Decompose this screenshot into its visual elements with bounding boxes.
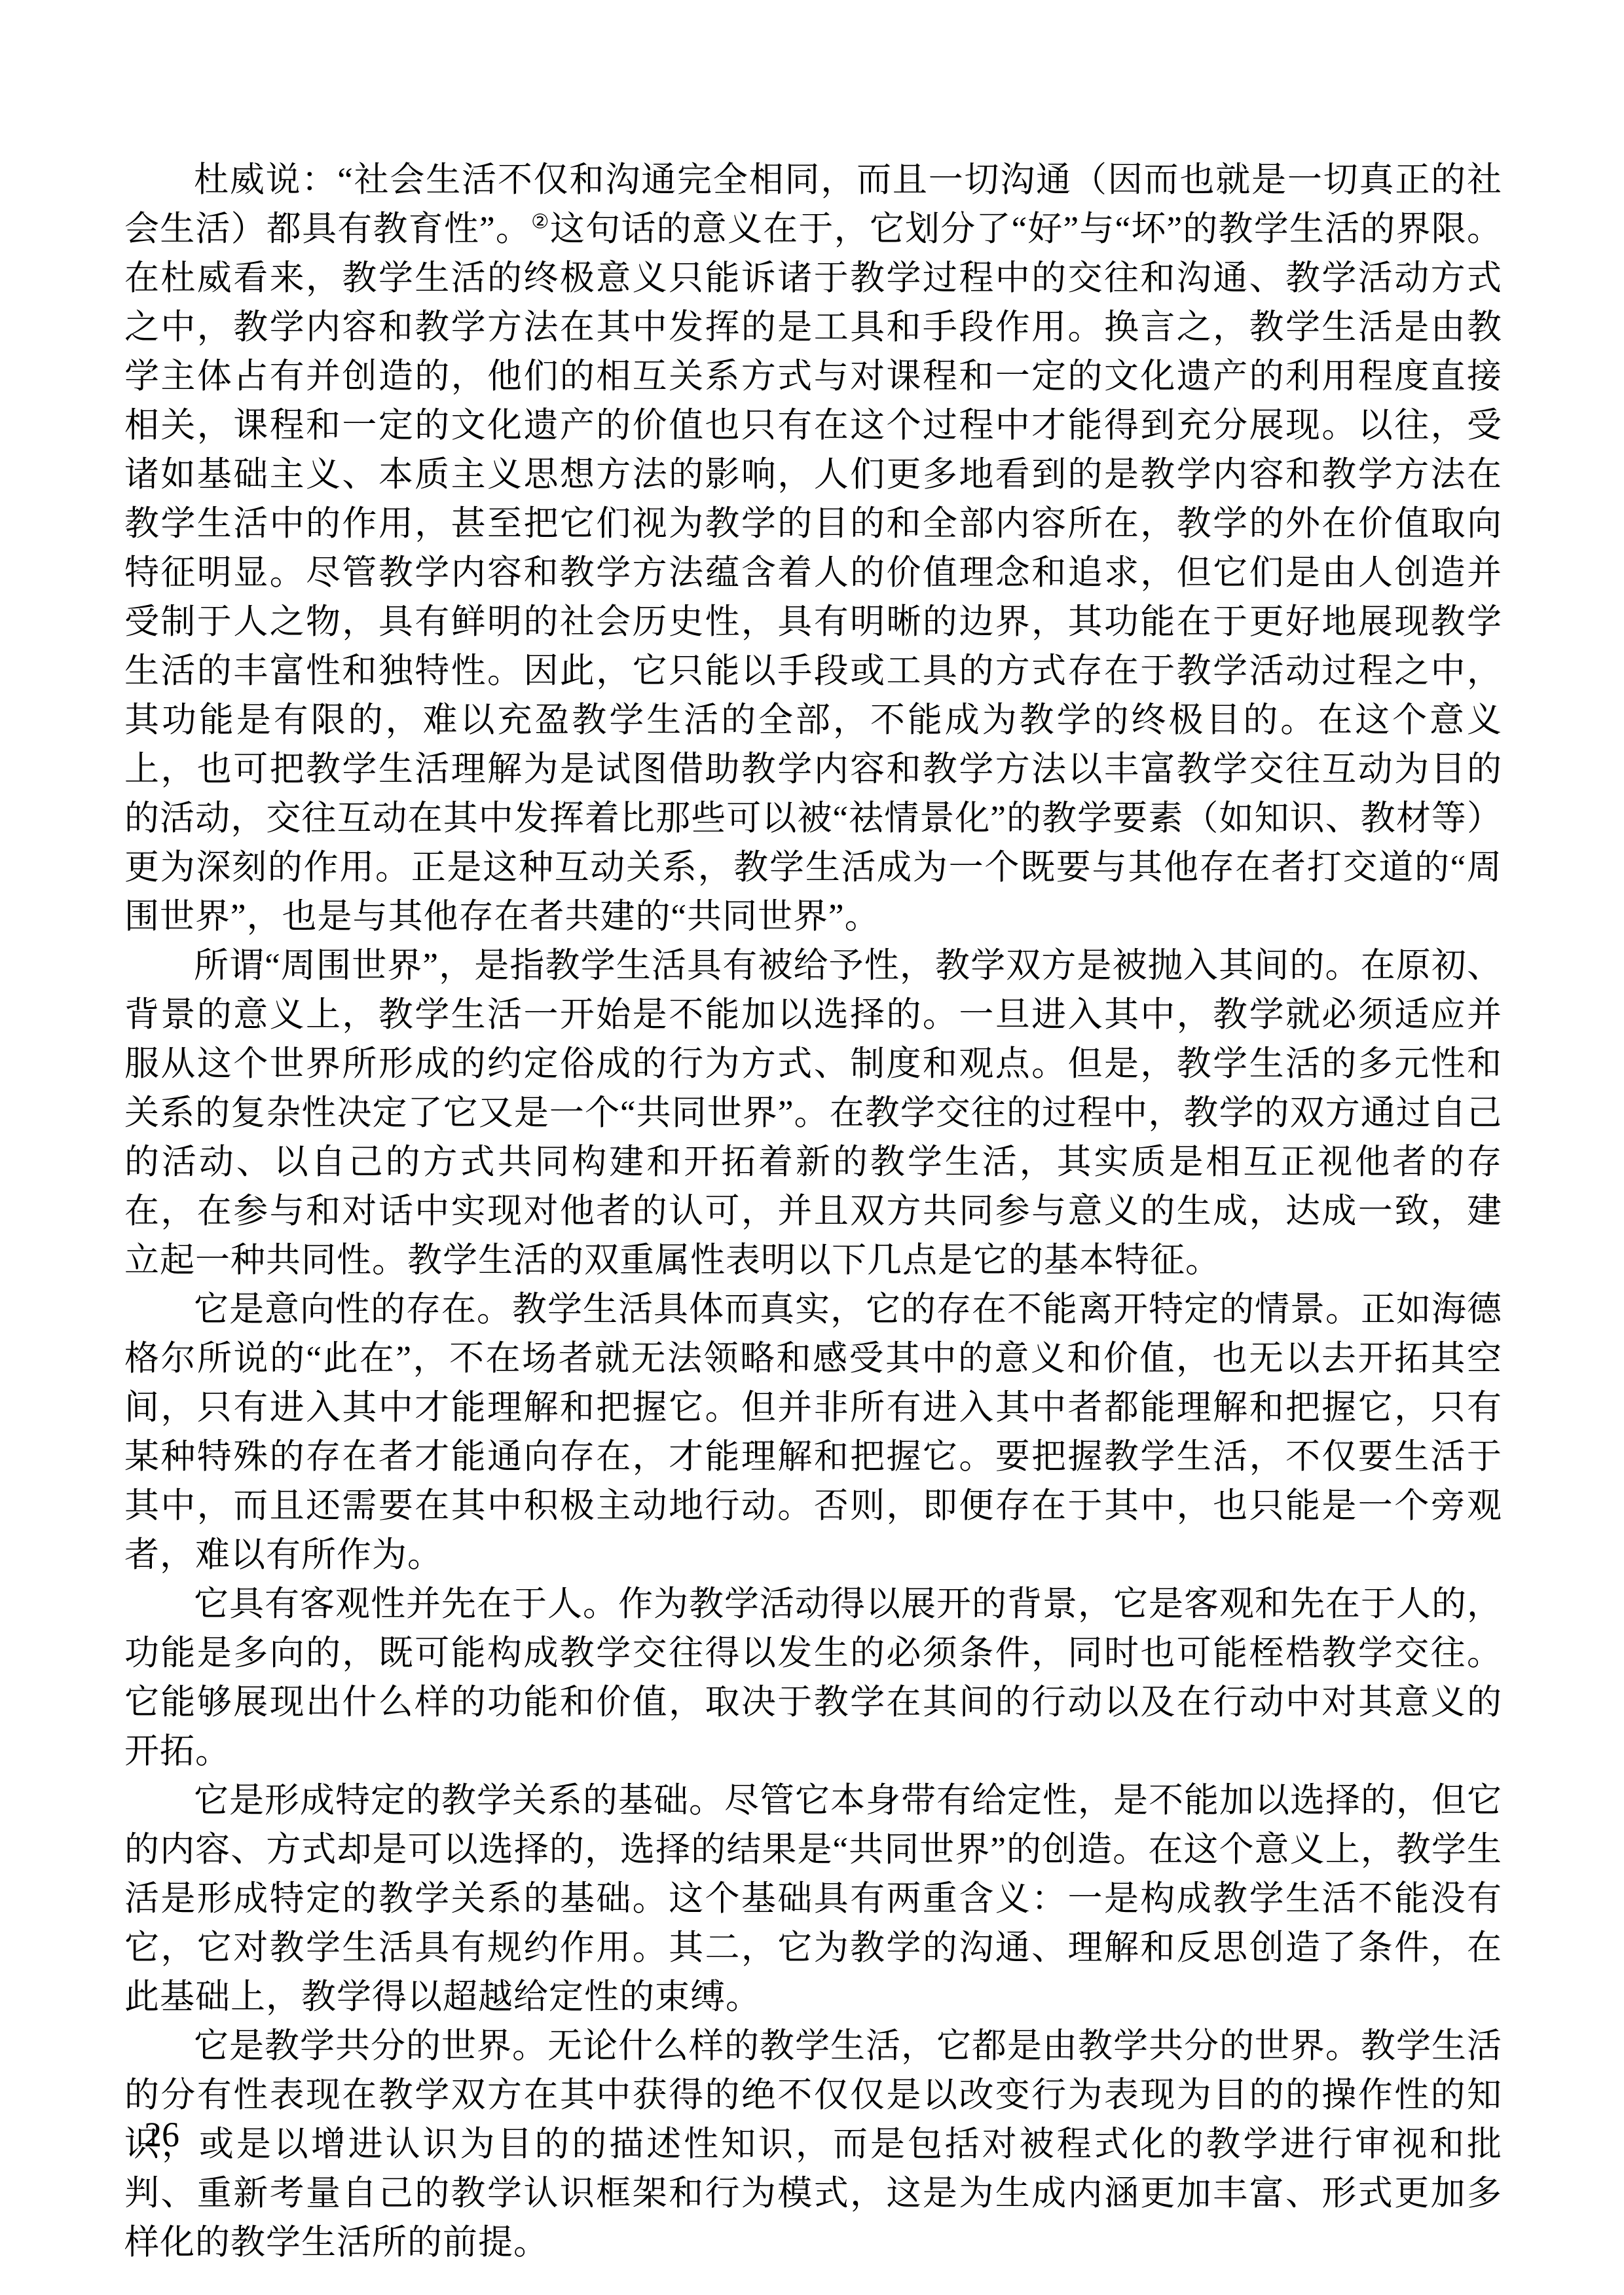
- paragraph-objectivity: 它具有客观性并先在于人。作为教学活动得以展开的背景，它是客观和先在于人的，功能是…: [124, 1580, 1502, 1776]
- text-block: 杜威说：“社会生活不仅和沟通完全相同，而且一切沟通（因而也就是一切真正的社会生活…: [124, 156, 1502, 2267]
- paragraph-shared-world: 它是教学共分的世界。无论什么样的教学生活，它都是由教学共分的世界。教学生活的分有…: [124, 2022, 1502, 2267]
- document-page: 杜威说：“社会生活不仅和沟通完全相同，而且一切沟通（因而也就是一切真正的社会生活…: [0, 0, 1624, 2295]
- paragraph-surrounding-world: 所谓“周围世界”，是指教学生活具有被给予性，教学双方是被抛入其间的。在原初、背景…: [124, 942, 1502, 1285]
- page-number: 26: [144, 2115, 179, 2154]
- paragraph-teaching-relations-basis: 它是形成特定的教学关系的基础。尽管它本身带有给定性，是不能加以选择的，但它的内容…: [124, 1776, 1502, 2022]
- paragraph-text: 这句话的意义在于，它划分了“好”与“坏”的教学生活的界限。在杜威看来，教学生活的…: [124, 210, 1502, 936]
- footnote-marker-2: ②: [531, 210, 550, 232]
- paragraph-intentional-existence: 它是意向性的存在。教学生活具体而真实，它的存在不能离开特定的情景。正如海德格尔所…: [124, 1285, 1502, 1580]
- paragraph-dewey-quote: 杜威说：“社会生活不仅和沟通完全相同，而且一切沟通（因而也就是一切真正的社会生活…: [124, 156, 1502, 942]
